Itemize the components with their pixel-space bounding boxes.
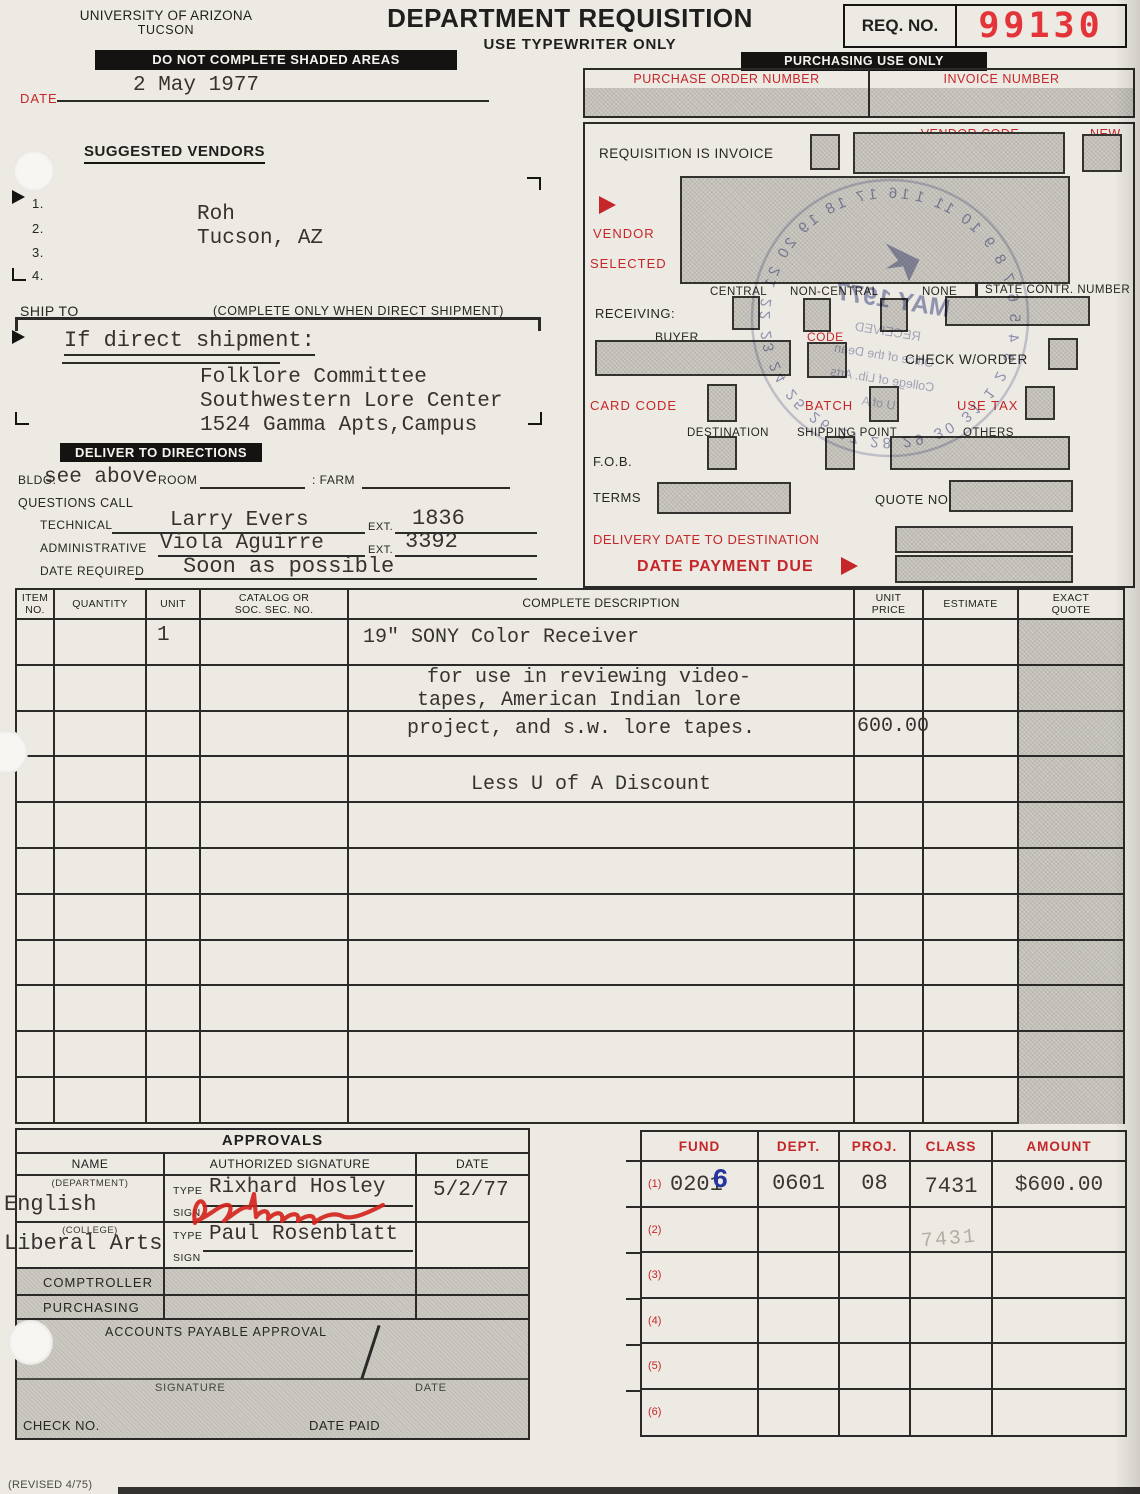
po-invoice-box: PURCHASE ORDER NUMBER INVOICE NUMBER xyxy=(583,68,1135,118)
administrative-label: ADMINISTRATIVE xyxy=(40,541,147,555)
vendor-label: VENDOR xyxy=(593,226,655,241)
fund-header-row: FUND DEPT. PROJ. CLASS AMOUNT xyxy=(642,1132,1125,1162)
administrative-name: Viola Aguirre xyxy=(160,532,324,555)
col-unit: UNIT xyxy=(147,590,201,618)
fund-row-3: (3) xyxy=(642,1253,1125,1299)
item-row: 1 19" SONY Color Receiver xyxy=(17,620,1123,666)
accounts-payable-row: ACCOUNTS PAYABLE APPROVAL SIGNATURE DATE xyxy=(17,1320,528,1400)
check-w-order-box xyxy=(1048,338,1078,370)
item-row xyxy=(17,1032,1123,1078)
fund-col-header: FUND xyxy=(642,1132,759,1160)
item-description: for use in reviewing video- xyxy=(427,666,751,689)
items-header-row: ITEM NO. QUANTITY UNIT CATALOG OR SOC. S… xyxy=(17,590,1123,620)
row-tick xyxy=(626,1390,640,1392)
farm-line xyxy=(362,487,510,489)
approvals-table: APPROVALS NAME AUTHORIZED SIGNATURE DATE… xyxy=(15,1128,530,1440)
row-number: (5) xyxy=(648,1360,661,1372)
col-item-no: ITEM NO. xyxy=(17,590,55,618)
date-payment-due-box xyxy=(895,555,1073,583)
shaded-field xyxy=(585,88,868,116)
col-description: COMPLETE DESCRIPTION xyxy=(349,590,855,618)
requisition-is-invoice-label: REQUISITION IS INVOICE xyxy=(599,146,774,161)
date-required-label: DATE REQUIRED xyxy=(40,564,144,578)
administrative-ext-line xyxy=(395,555,537,557)
stamp-ring-numbers: 16 17 18 19 20 21 22 23 24 25 26 27 28 2… xyxy=(742,168,1038,470)
row-tick xyxy=(626,1344,640,1346)
svg-text:16 17 18 19 20 21 22 23 24 25: 16 17 18 19 20 21 22 23 24 25 26 27 28 2… xyxy=(742,168,1038,470)
date-col-header: DATE xyxy=(417,1154,528,1174)
row-number: (6) xyxy=(648,1406,661,1418)
destination-box xyxy=(707,436,737,470)
administrative-ext: 3392 xyxy=(405,529,458,554)
item-row xyxy=(17,941,1123,987)
class-value: 7431 xyxy=(911,1162,993,1206)
do-not-complete-bar: DO NOT COMPLETE SHADED AREAS xyxy=(95,50,457,70)
date-required-value: Soon as possible xyxy=(183,554,394,579)
university-line2: TUCSON xyxy=(60,23,272,37)
dept-value: 0601 xyxy=(759,1162,840,1206)
row-tick xyxy=(626,1298,640,1300)
col-quantity: QUANTITY xyxy=(55,590,147,618)
suggested-vendors-heading: SUGGESTED VENDORS xyxy=(84,143,265,164)
check-no-row: CHECK NO. DATE PAID xyxy=(17,1400,528,1438)
new-box xyxy=(1082,134,1122,172)
item-description: tapes, American Indian lore xyxy=(417,689,741,712)
type-line xyxy=(203,1250,413,1252)
proj-col-header: PROJ. xyxy=(840,1132,911,1160)
fund-overwrite-ink: 6 xyxy=(711,1166,729,1197)
row-number: (4) xyxy=(648,1315,661,1327)
item-row xyxy=(17,1078,1123,1124)
purchase-order-number-label: PURCHASE ORDER NUMBER xyxy=(585,70,868,86)
row-number: (3) xyxy=(648,1269,661,1281)
card-code-box xyxy=(707,384,737,422)
signature-date-label: DATE xyxy=(415,1382,447,1394)
ship-to-note: (COMPLETE ONLY WHEN DIRECT SHIPMENT) xyxy=(213,304,504,318)
approvals-title: APPROVALS xyxy=(17,1130,528,1152)
date-paid-label: DATE PAID xyxy=(309,1418,380,1433)
pencil-note: 7431 xyxy=(920,1225,978,1253)
shaded-field xyxy=(870,88,1133,116)
vendor-num-4: 4. xyxy=(32,268,44,283)
item-row xyxy=(17,986,1123,1032)
col-unit-price: UNIT PRICE xyxy=(855,590,924,618)
col-estimate: ESTIMATE xyxy=(924,590,1019,618)
fob-label: F.O.B. xyxy=(593,454,632,469)
punch-hole xyxy=(13,150,55,192)
approval-date: 5/2/77 xyxy=(433,1179,509,1202)
terms-label: TERMS xyxy=(593,490,641,505)
col-exact-quote: EXACT QUOTE xyxy=(1019,590,1123,618)
item-row xyxy=(17,803,1123,849)
date-underline xyxy=(57,100,489,102)
req-no-box: REQ. NO. 99130 xyxy=(843,4,1127,48)
signature-line xyxy=(17,1378,528,1380)
farm-label: : FARM xyxy=(312,473,355,487)
date-payment-due-arrow-icon xyxy=(841,557,858,575)
card-code-label: CARD CODE xyxy=(590,398,677,413)
row-tick xyxy=(626,1252,640,1254)
department-name: English xyxy=(4,1192,96,1217)
questions-call-label: QUESTIONS CALL xyxy=(18,496,133,510)
corner-mark xyxy=(527,177,541,190)
fund-row-4: (4) xyxy=(642,1299,1125,1345)
item-description: project, and s.w. lore tapes. xyxy=(407,717,755,740)
received-date-stamp: 16 17 18 19 20 21 22 23 24 25 26 27 28 2… xyxy=(742,168,1038,470)
stamp-month: MAY 1977 xyxy=(834,277,952,323)
req-no-value: 99130 xyxy=(957,6,1125,46)
delivery-date-box xyxy=(895,526,1073,553)
terms-box xyxy=(657,482,791,514)
date-required-line xyxy=(135,578,537,580)
dept-col-header: DEPT. xyxy=(759,1132,840,1160)
amount-value: $600.00 xyxy=(993,1162,1125,1206)
vendor-num-2: 2. xyxy=(32,221,44,236)
technical-label: TECHNICAL xyxy=(40,518,113,532)
bldg-value: see above xyxy=(44,466,157,489)
stamp-arrow-mark xyxy=(880,243,921,282)
bracket-tick xyxy=(15,317,18,331)
quote-no-label: QUOTE NO. xyxy=(875,492,952,507)
vendor-num-1: 1. xyxy=(32,196,44,211)
university-name: UNIVERSITY OF ARIZONA TUCSON xyxy=(60,8,272,37)
fund-row-1: (1) 0201 6 0601 08 7431 $600.00 xyxy=(642,1162,1125,1208)
class-col-header: CLASS xyxy=(911,1132,993,1160)
item-unit: 1 xyxy=(157,624,170,647)
corner-mark xyxy=(15,412,29,425)
approvals-header-row: NAME AUTHORIZED SIGNATURE DATE xyxy=(17,1154,528,1176)
department-approval-row: (DEPARTMENT) English TYPE Rixhard Hosley… xyxy=(17,1176,528,1223)
corner-mark xyxy=(528,412,542,425)
stamp-ring-circle xyxy=(742,168,1038,470)
fund-row-5: (5) xyxy=(642,1344,1125,1390)
corner-mark xyxy=(12,268,26,281)
row-tick xyxy=(626,1206,640,1208)
deliver-to-directions-bar: DELIVER TO DIRECTIONS xyxy=(60,443,262,462)
selected-label: SELECTED xyxy=(590,256,667,271)
double-underline xyxy=(62,362,280,364)
ext-label: EXT. xyxy=(368,521,393,533)
item-row xyxy=(17,895,1123,941)
proj-value: 08 xyxy=(840,1162,911,1206)
stamp-received: RECEIVED xyxy=(854,319,922,344)
items-table: ITEM NO. QUANTITY UNIT CATALOG OR SOC. S… xyxy=(15,588,1125,1124)
vendor-city: Tucson, AZ xyxy=(197,227,323,250)
item-row: for use in reviewing video- tapes, Ameri… xyxy=(17,666,1123,712)
requisition-form-scan: UNIVERSITY OF ARIZONA TUCSON DEPARTMENT … xyxy=(0,0,1140,1494)
signature-col-header: AUTHORIZED SIGNATURE xyxy=(165,1154,417,1174)
room-label: ROOM xyxy=(158,473,197,487)
receiving-label: RECEIVING: xyxy=(595,306,675,321)
row-number: (1) xyxy=(648,1178,661,1190)
fund-row-2: (2) 7431 xyxy=(642,1208,1125,1254)
fund-row-6: (6) xyxy=(642,1390,1125,1436)
stamp-college: College of Lib. Arts xyxy=(829,364,935,394)
pointer-icon xyxy=(12,330,25,344)
direct-shipment-heading: If direct shipment: xyxy=(64,328,315,356)
po-cell: PURCHASE ORDER NUMBER xyxy=(585,70,870,116)
ship-address-line2: Southwestern Lore Center xyxy=(200,390,502,413)
row-number: (2) xyxy=(648,1224,661,1236)
technical-name: Larry Evers xyxy=(170,509,309,532)
signature-label: SIGNATURE xyxy=(155,1382,226,1394)
technical-ext: 1836 xyxy=(412,506,465,531)
row-tick xyxy=(626,1160,640,1162)
accounts-payable-label: ACCOUNTS PAYABLE APPROVAL xyxy=(105,1325,327,1339)
item-description: 19" SONY Color Receiver xyxy=(363,626,639,649)
form-revision-note: (REVISED 4/75) xyxy=(8,1479,92,1491)
signature-ink xyxy=(183,1189,398,1235)
stamp-univ: U of A xyxy=(860,394,896,413)
item-description: Less U of A Discount xyxy=(471,773,711,796)
ship-address-line1: Folklore Committee xyxy=(200,366,427,389)
stamp-office: Office of the Dean xyxy=(833,341,935,371)
pointer-icon xyxy=(12,190,25,204)
vendor-num-3: 3. xyxy=(32,245,44,260)
sign-label: SIGN xyxy=(173,1252,201,1264)
amount-col-header: AMOUNT xyxy=(993,1132,1125,1160)
scan-edge-strip xyxy=(118,1487,1140,1494)
bracket-tick xyxy=(538,317,541,331)
invoice-number-label: INVOICE NUMBER xyxy=(870,70,1133,86)
approvals-title-row: APPROVALS xyxy=(17,1130,528,1154)
purchasing-row: PURCHASING xyxy=(17,1296,528,1320)
date-label: DATE xyxy=(20,91,58,106)
vendor-name: Roh xyxy=(197,203,235,226)
slash-mark xyxy=(360,1325,380,1379)
room-line xyxy=(200,487,305,489)
vendor-selected-arrow-icon xyxy=(599,196,616,214)
req-no-label: REQ. NO. xyxy=(845,6,957,46)
item-row: Less U of A Discount xyxy=(17,757,1123,803)
col-catalog: CATALOG OR SOC. SEC. NO. xyxy=(201,590,349,618)
delivery-date-label: DELIVERY DATE TO DESTINATION xyxy=(593,532,819,547)
requisition-is-invoice-box xyxy=(810,134,840,170)
check-no-label: CHECK NO. xyxy=(23,1418,100,1433)
invoice-cell: INVOICE NUMBER xyxy=(870,70,1133,116)
ship-to-bracket-top xyxy=(15,317,541,320)
date-value: 2 May 1977 xyxy=(133,74,259,97)
fund-table: FUND DEPT. PROJ. CLASS AMOUNT (1) 0201 6… xyxy=(640,1130,1127,1437)
department-sublabel: (DEPARTMENT) xyxy=(17,1176,163,1189)
item-row xyxy=(17,849,1123,895)
item-unit-price: 600.00 xyxy=(857,715,929,738)
quote-no-box xyxy=(949,480,1073,512)
university-line1: UNIVERSITY OF ARIZONA xyxy=(60,8,272,23)
ship-address-line3: 1524 Gamma Apts,Campus xyxy=(200,414,477,437)
purchasing-label: PURCHASING xyxy=(43,1300,140,1315)
form-title: DEPARTMENT REQUISITION xyxy=(345,3,795,34)
comptroller-row: COMPTROLLER xyxy=(17,1269,528,1296)
name-col-header: NAME xyxy=(17,1154,165,1174)
item-row: project, and s.w. lore tapes. 600.00 xyxy=(17,712,1123,758)
punch-hole xyxy=(8,1320,53,1365)
college-name: Liberal Arts xyxy=(4,1231,162,1256)
date-payment-due-label: DATE PAYMENT DUE xyxy=(637,558,814,576)
